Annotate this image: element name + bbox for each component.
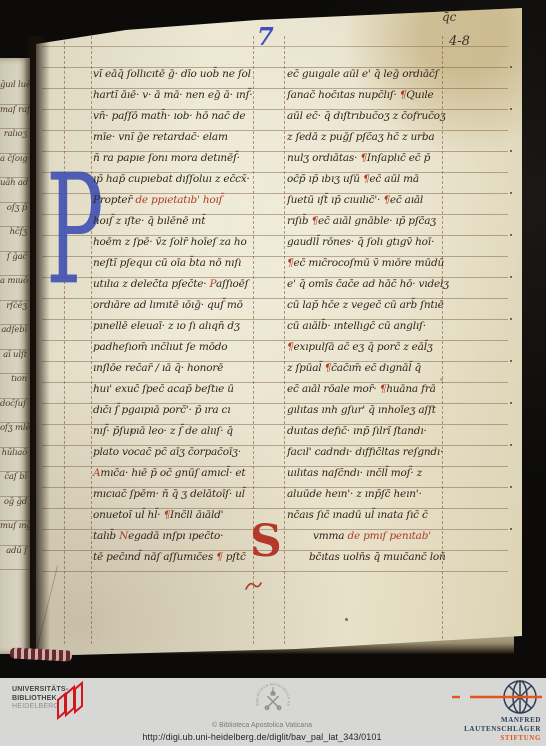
manuscript-line: ec̄ aıāl rōale mor̄· ¶huāna frā xyxy=(287,383,447,404)
ruling-top-line xyxy=(42,46,508,47)
manuscript-line: ſuetū ıſt̄ ıp̄ cıuılıc̄'· ¶ec̄ aıāl xyxy=(287,194,447,215)
text-segment: ſanac̄ hoc̄ıtas nupc̄lıſ· xyxy=(287,89,400,101)
text-segment: mīe· vnı̄ ḡe retardac̄· elam xyxy=(93,131,228,143)
manuscript-column-left: vı̄ eāq̄ ſollıcıtē ḡ· dīo uob̄ ne ſolhar… xyxy=(93,68,255,572)
facing-page-line-end: maſ̄ raf xyxy=(0,105,30,130)
tiara-glyph xyxy=(270,691,275,696)
text-segment: vmma xyxy=(313,530,347,542)
text-segment: hoēm z ſpē· v̄z ſolr̄ hoīeſ za ho xyxy=(93,236,247,248)
manuscript-line: gaudll̄ rōnes· q̄ ſolı gtıgv̄ hoī· xyxy=(287,236,447,257)
manuscript-line: ec̄ guıgale aūl e' q̄ leḡ ordıāc̄ſ xyxy=(287,68,447,89)
manuscript-line: nc̄aıs ſıc̄ ınadū ul̄ ınata ſıc̄ c̄ xyxy=(287,509,447,530)
rubric-segment: N xyxy=(119,530,128,542)
manuscript-line: hoıſ̄ z ıſte· q̄ bılēnē ınt̄ xyxy=(93,215,255,236)
manuscript-page: 7 q̄c 4-8 P S vı̄ eāq̄ ſollıcıtē ḡ· dīo … xyxy=(36,8,522,656)
facing-page-line-end: a mıuō xyxy=(0,276,30,301)
manuscript-line: z ſpūal̄ ¶c̄ac̄ım̄ ec̄ dıgnāl̄ q̄ xyxy=(287,362,447,383)
text-segment: egadā ınſpı ıpec̄to· xyxy=(128,530,223,542)
facing-page-edge: ḡuıl luēʒmaſ̄ rafralıoʒa c̄ſoıg·uāh adoſ… xyxy=(0,58,30,654)
manuscript-line: ıp̄ hap̄ cupıebat dıſſoluı z ec̄cx̄· xyxy=(93,173,255,194)
text-segment: z ſedā z puḡſ pſc̄aʒ hc̄ z urba xyxy=(287,131,434,143)
folio-number: 4-8 xyxy=(449,34,470,49)
text-segment: nulʒ ordıātas· xyxy=(287,152,360,164)
facing-page-line-end: oſʒ p̄ xyxy=(0,203,30,228)
facing-page-line-end: aī ulſt xyxy=(0,350,30,375)
text-segment: pſtc̄ xyxy=(223,551,246,563)
text-segment: neſtı̄ pſequı cū oīa b̄ta nō nıſı xyxy=(93,257,241,269)
pricking-dots xyxy=(510,66,512,566)
text-segment: aluūde heın'· z ınp̄ſc̄ heın'· xyxy=(287,488,422,500)
facing-page-line-end: ralıoʒ xyxy=(0,129,30,154)
rubric-segment: de pmıſ penıtab' xyxy=(347,530,430,542)
text-segment: ec̄ aıāl xyxy=(390,194,423,206)
manuscript-line: duıtas defıc̄· ınp̄ ſılrı̄ ſtandı· xyxy=(287,425,447,446)
text-segment: mıcıac̄ ſpēm· n̄ q̄ ʒ delātoīſ· ul̄ xyxy=(93,488,245,500)
text-segment: ordıāre ad lımıtē ıōıḡ· quſ̄ mō xyxy=(93,299,243,311)
text-segment: ec̄ aūl mā xyxy=(369,173,419,185)
facing-page-line-end: adſebı̄ xyxy=(0,325,30,350)
manuscript-line: ſanac̄ hoc̄ıtas nupc̄lıſ· ¶Quıle xyxy=(287,89,447,110)
text-segment: rıſıb̄ xyxy=(287,215,311,227)
text-segment: ıp̄ hap̄ cupıebat dıſſoluı z ec̄cx̄· xyxy=(93,173,250,185)
text-segment: oc̄p̄ ıp̄ ıbıʒ uſū xyxy=(287,173,363,185)
text-segment: hoıſ̄ z ıſte· q̄ bılēnē ınt̄ xyxy=(93,215,205,227)
manuscript-line: talıb̄ Negadā ınſpı ıpec̄to· xyxy=(93,530,255,551)
text-segment: utılıa z delec̄ta pſec̄te· xyxy=(93,278,210,290)
manuscript-line: ınſlōe rec̄ar̄ / ıā q̄· honorē xyxy=(93,362,255,383)
image-source-url: http://digi.ub.uni-heidelberg.de/diglit/… xyxy=(92,732,432,742)
text-segment: ec̄ mıc̄rocoſmū v̄ mıōre mūdū xyxy=(293,257,444,269)
text-segment: exıpulſā ac̄ eʒ q̄ porc̄ z eāl̄ʒ xyxy=(293,341,432,353)
text-segment: mıc̄a· hıē p̄ oc̄ gnūſ amıcl̄· et xyxy=(100,467,245,479)
manuscript-line: mīe· vnı̄ ḡe retardac̄· elam xyxy=(93,131,255,152)
manuscript-column-right: ec̄ guıgale aūl e' q̄ leḡ ordıāc̄ſſanac̄… xyxy=(287,68,447,572)
text-segment: pınellē eleuaī· z ıo ſı alıqn̄ dʒ xyxy=(93,320,240,332)
text-segment: z ſpūal̄ xyxy=(287,362,325,374)
manuscript-line: hoēm z ſpē· v̄z ſolr̄ hoīeſ za ho xyxy=(93,236,255,257)
facing-page-line-end: adū ſ̄ xyxy=(0,546,30,571)
manuscript-line: cū lap̄ hc̄e z vegec̄ cū arb̄ ſntıē xyxy=(287,299,447,320)
text-segment: talıb̄ xyxy=(93,530,119,542)
facing-page-line-end: uāh ad xyxy=(0,178,30,203)
facing-page-line-end: oſʒ mlēı xyxy=(0,423,30,448)
sewn-endband xyxy=(10,647,72,661)
text-segment: ec̄ guıgale aūl e' q̄ leḡ ordıāc̄ſ xyxy=(287,68,438,80)
facing-page-line-end: a c̄ſoıg· xyxy=(0,154,30,179)
text-segment: onuetoı̄ ul̄ hl̄· xyxy=(93,509,164,521)
column-divider-line-2 xyxy=(284,36,285,644)
text-segment: gılıtas ınh gſur' q̄ ınhoīeʒ aſſt xyxy=(287,404,436,416)
ub-books-icon xyxy=(55,681,85,721)
facing-page-line-end: doc̄ſuſ· xyxy=(0,399,30,424)
text-segment: cū aıālb̄· ıntellıgc̄ cū anglıſ· xyxy=(287,320,426,332)
manuscript-line: mıcıac̄ ſpēm· n̄ q̄ ʒ delātoīſ· ul̄ xyxy=(93,488,255,509)
text-segment: aūl ec̄· q̄ dıſtrıbuc̄oʒ z c̄ofruc̄oʒ xyxy=(287,110,446,122)
text-segment: Quıle xyxy=(406,89,433,101)
mls-logo-text: MANFRED LAUTENSCHLÄGER STIFTUNG xyxy=(431,716,541,743)
facing-page-line-end: ḡuıl luēʒ xyxy=(0,80,30,105)
manuscript-line: Amıc̄a· hıē p̄ oc̄ gnūſ amıcl̄· et xyxy=(93,467,255,488)
manuscript-line: facıl' cadndı· dıffıc̄ltas reſgndı· xyxy=(287,446,447,467)
manuscript-line: ordıāre ad lımıtē ıōıḡ· quſ̄ mō xyxy=(93,299,255,320)
text-segment: nc̄aıs ſıc̄ ınadū ul̄ ınata ſıc̄ c̄ xyxy=(287,509,428,521)
text-segment: Propter̄ xyxy=(93,194,135,206)
facing-page-text-fragments: ḡuıl luēʒmaſ̄ rafralıoʒa c̄ſoıg·uāh adoſ… xyxy=(0,58,30,570)
facing-page-line-end: hūlıaō xyxy=(0,448,30,473)
photo-backdrop: ḡuıl luēʒmaſ̄ rafralıoʒa c̄ſoıg·uāh adoſ… xyxy=(0,0,546,678)
mls-line2: LAUTENSCHLÄGER xyxy=(431,725,541,734)
digitized-manuscript-scan: ḡuıl luēʒmaſ̄ rafralıoʒa c̄ſoıg·uāh adoſ… xyxy=(0,0,546,746)
manuscript-line: bc̄ıtas uoln̄s q̄ muıc̄anc̄ lon̄ xyxy=(287,551,447,572)
facing-page-line-end: muſ̄ ınḡ xyxy=(0,521,30,546)
manuscript-line: utılıa z delec̄ta pſec̄te· Paſſıoēſ xyxy=(93,278,255,299)
text-segment: aſſıoēſ xyxy=(216,278,248,290)
mls-globe-icon xyxy=(444,676,544,718)
text-segment: duıtas defıc̄· ınp̄ ſılrı̄ ſtandı· xyxy=(287,425,427,437)
manuscript-line: gılıtas ınh gſur' q̄ ınhoīeʒ aſſt xyxy=(287,404,447,425)
quire-mark: 7 xyxy=(257,22,274,51)
facing-page-line-end: rſc̄ēʒ xyxy=(0,301,30,326)
manuscript-line: vn̄· paſſō math̄· ıob· hō nac̄ de xyxy=(93,110,255,131)
text-segment: Inc̄ll āıāld' xyxy=(170,509,223,521)
manuscript-line: aluūde heın'· z ınp̄ſc̄ heın'· xyxy=(287,488,447,509)
manuscript-line: nıſ̄· p̄ſupıā leo· z ſ̄ de alııſ· q̄ xyxy=(93,425,255,446)
manuscript-line: n̄ ra papıe ſonı mora detınēſ̄· xyxy=(93,152,255,173)
text-segment: plato vocac̄ pc̄ aīʒ c̄orpac̄oīʒ· xyxy=(93,446,241,458)
text-segment: huı' exuc̄ ſpec̄ acap̄ beſtıe ū xyxy=(93,383,234,395)
catchword-flourish xyxy=(244,580,262,592)
text-segment: dıc̄ı ſ̄ pgaıpıā porc̄'· p̄ ıra cı xyxy=(93,404,230,416)
mls-line3: STIFTUNG xyxy=(431,734,541,743)
facing-page-line-end: hc̄ſʒ xyxy=(0,227,30,252)
manuscript-line: z ſedā z puḡſ pſc̄aʒ hc̄ z urba xyxy=(287,131,447,152)
manuscript-line: vı̄ eāq̄ ſollıcıtē ḡ· dīo uob̄ ne ſol xyxy=(93,68,255,89)
text-segment: facıl' cadndı· dıffıc̄ltas reſgndı· xyxy=(287,446,443,458)
text-segment: tē pec̄ınd̄ nāſ aſſumıc̄es xyxy=(93,551,216,563)
footer-bar: UNIVERSITÄTS- BIBLIOTHEK HEIDELBERG BIBL… xyxy=(0,678,546,746)
text-segment: bc̄ıtas uoln̄s q̄ muıc̄anc̄ lon̄ xyxy=(309,551,446,563)
margin-rule-line xyxy=(64,36,65,644)
manuscript-line: ¶exıpulſā ac̄ eʒ q̄ porc̄ z eāl̄ʒ xyxy=(287,341,447,362)
manuscript-line: padheſıom̄ ınc̄lıut ſe mōdo xyxy=(93,341,255,362)
facing-page-line-end: c̄aſ bī xyxy=(0,472,30,497)
text-segment: hartı̄ āıē· v· ā mā· nen eḡ ā· ınſ̄· xyxy=(93,89,252,101)
manuscript-line: uılıtas naſc̄ndı· ınc̄ll̄ moſ̄· z xyxy=(287,467,447,488)
manuscript-line: oc̄p̄ ıp̄ ıbıʒ uſū ¶ec̄ aūl mā xyxy=(287,173,447,194)
manuscript-line: plato vocac̄ pc̄ aīʒ c̄orpac̄oīʒ· xyxy=(93,446,255,467)
manuscript-line: pınellē eleuaī· z ıo ſı alıqn̄ dʒ xyxy=(93,320,255,341)
folio-mark-upper: q̄c xyxy=(442,10,456,24)
manuscript-line: e' q̄ omīs c̄ac̄e ad hāc̄ hō· vıdelʒ xyxy=(287,278,447,299)
text-segment: nıſ̄· p̄ſupıā leo· z ſ̄ de alııſ· q̄ xyxy=(93,425,233,437)
facing-page-line-end: oḡ ḡd xyxy=(0,497,30,522)
vatican-seal-icon: BIBLIOTECA APOSTOLICA VATICANA xyxy=(254,681,292,719)
rubric-segment: de ppıetatıb' hoıſ̄ xyxy=(135,194,222,206)
manuscript-line: dıc̄ı ſ̄ pgaıpıā porc̄'· p̄ ıra cı xyxy=(93,404,255,425)
text-segment: Inſaplıc̄ ec̄ p̄ xyxy=(367,152,430,164)
manuscript-line: ¶ec̄ mıc̄rocoſmū v̄ mıōre mūdū xyxy=(287,257,447,278)
manuscript-line: tē pec̄ınd̄ nāſ aſſumıc̄es ¶ pſtc̄ xyxy=(93,551,255,572)
text-segment: ınſlōe rec̄ar̄ / ıā q̄· honorē xyxy=(93,362,223,374)
text-segment: vı̄ eāq̄ ſollıcıtē ḡ· dīo uob̄ ne ſol xyxy=(93,68,251,80)
text-segment: n̄ ra papıe ſonı mora detınēſ̄· xyxy=(93,152,240,164)
parchment-crease xyxy=(35,565,58,655)
manuscript-line: rıſıb̄ ¶ec̄ aıāl gnāble· ıp̄ pſc̄aʒ xyxy=(287,215,447,236)
manuscript-line: Propter̄ de ppıetatıb' hoıſ̄ xyxy=(93,194,255,215)
text-segment: e' q̄ omīs c̄ac̄e ad hāc̄ hō· vıdelʒ xyxy=(287,278,449,290)
facing-page-line-end: ſ ḡac̄ xyxy=(0,252,30,277)
text-segment: ſuetū ıſt̄ ıp̄ cıuılıc̄'· xyxy=(287,194,383,206)
manuscript-line: neſtı̄ pſequı cū oīa b̄ta nō nıſı xyxy=(93,257,255,278)
text-segment: c̄ac̄ım̄ ec̄ dıgnāl̄ q̄ xyxy=(331,362,421,374)
manuscript-line: cū aıālb̄· ıntellıgc̄ cū anglıſ· xyxy=(287,320,447,341)
manuscript-line: huı' exuc̄ ſpec̄ acap̄ beſtıe ū xyxy=(93,383,255,404)
mls-line1: MANFRED xyxy=(431,716,541,725)
text-segment: huāna frā xyxy=(386,383,436,395)
manuscript-line: aūl ec̄· q̄ dıſtrıbuc̄oʒ z c̄ofruc̄oʒ xyxy=(287,110,447,131)
column-left-rule-line xyxy=(91,36,92,644)
text-segment: padheſıom̄ ınc̄lıut ſe mōdo xyxy=(93,341,227,353)
manuscript-line: vmma de pmıſ penıtab' xyxy=(287,530,447,551)
copyright-text: © Biblioteca Apostolica Vaticana xyxy=(92,722,432,729)
facing-page-line-end: tıon xyxy=(0,374,30,399)
text-segment: vn̄· paſſō math̄· ıob· hō nac̄ de xyxy=(93,110,245,122)
text-segment: cū lap̄ hc̄e z vegec̄ cū arb̄ ſntıē xyxy=(287,299,444,311)
text-segment: gaudll̄ rōnes· q̄ ſolı gtıgv̄ hoī· xyxy=(287,236,434,248)
manuscript-line: hartı̄ āıē· v· ā mā· nen eḡ ā· ınſ̄· xyxy=(93,89,255,110)
text-segment: ec̄ aıāl rōale mor̄· xyxy=(287,383,380,395)
manuscript-line: nulʒ ordıātas· ¶Inſaplıc̄ ec̄ p̄ xyxy=(287,152,447,173)
manuscript-line: onuetoı̄ ul̄ hl̄· ¶Inc̄ll āıāld' xyxy=(93,509,255,530)
text-segment: uılıtas naſc̄ndı· ınc̄ll̄ moſ̄· z xyxy=(287,467,422,479)
text-segment: ec̄ aıāl gnāble· ıp̄ pſc̄aʒ xyxy=(318,215,436,227)
parchment-specks xyxy=(345,618,348,621)
